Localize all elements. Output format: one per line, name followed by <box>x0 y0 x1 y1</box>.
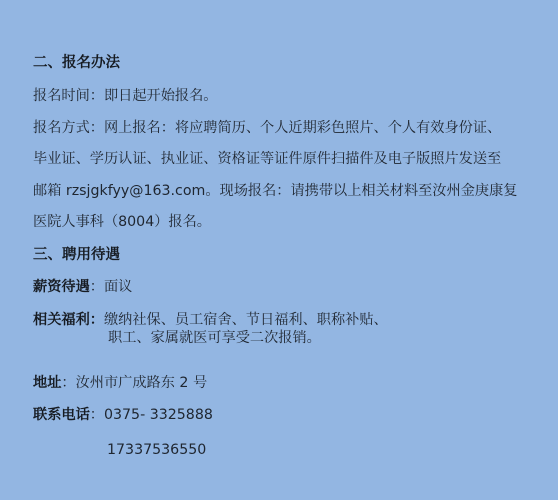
registration-method-line1: 报名方式：网上报名：将应聘简历、个人近期彩色照片、个人有效身份证、 <box>33 118 501 138</box>
registration-method-line2: 毕业证、学历认证、执业证、资格证等证件原件扫描件及电子版照片发送至 <box>33 149 501 169</box>
registration-time-value: 即日起开始报名。 <box>104 88 218 104</box>
section2-heading: 二、报名办法 <box>33 53 120 73</box>
benefits-line1: 缴纳社保、员工宿舍、节日福利、职称补贴、 <box>104 312 388 328</box>
salary-row: 薪资待遇：面议 <box>33 277 132 297</box>
section3-heading: 三、聘用待遇 <box>33 245 120 265</box>
registration-method-line4: 医院人事科（8004）报名。 <box>33 212 211 232</box>
salary-label: 薪资待遇 <box>33 279 90 295</box>
address-row: 地址：汝州市广成路东 2 号 <box>33 373 207 393</box>
registration-time: 报名时间：即日起开始报名。 <box>33 86 217 106</box>
benefits-line2: 职工、家属就医可享受二次报销。 <box>108 328 321 348</box>
salary-value: 面议 <box>104 279 132 295</box>
address-value: 汝州市广成路东 2 号 <box>76 375 208 391</box>
salary-colon: ： <box>90 279 104 295</box>
phone-number-1: 0375- 3325888 <box>104 407 213 423</box>
phone-colon: ： <box>90 407 104 423</box>
benefits-row: 相关福利：缴纳社保、员工宿舍、节日福利、职称补贴、 <box>33 310 388 330</box>
phone-number-2: 17337536550 <box>107 440 206 460</box>
address-colon: ： <box>61 375 75 391</box>
benefits-label: 相关福利： <box>33 312 104 328</box>
phone-row: 联系电话：0375- 3325888 <box>33 405 213 425</box>
phone-label: 联系电话 <box>33 407 90 423</box>
registration-method-line3: 邮箱 rzsjgkfyy@163.com。现场报名：请携带以上相关材料至汝州金庚… <box>33 181 517 201</box>
address-label: 地址 <box>33 375 61 391</box>
registration-time-label: 报名时间： <box>33 88 104 104</box>
